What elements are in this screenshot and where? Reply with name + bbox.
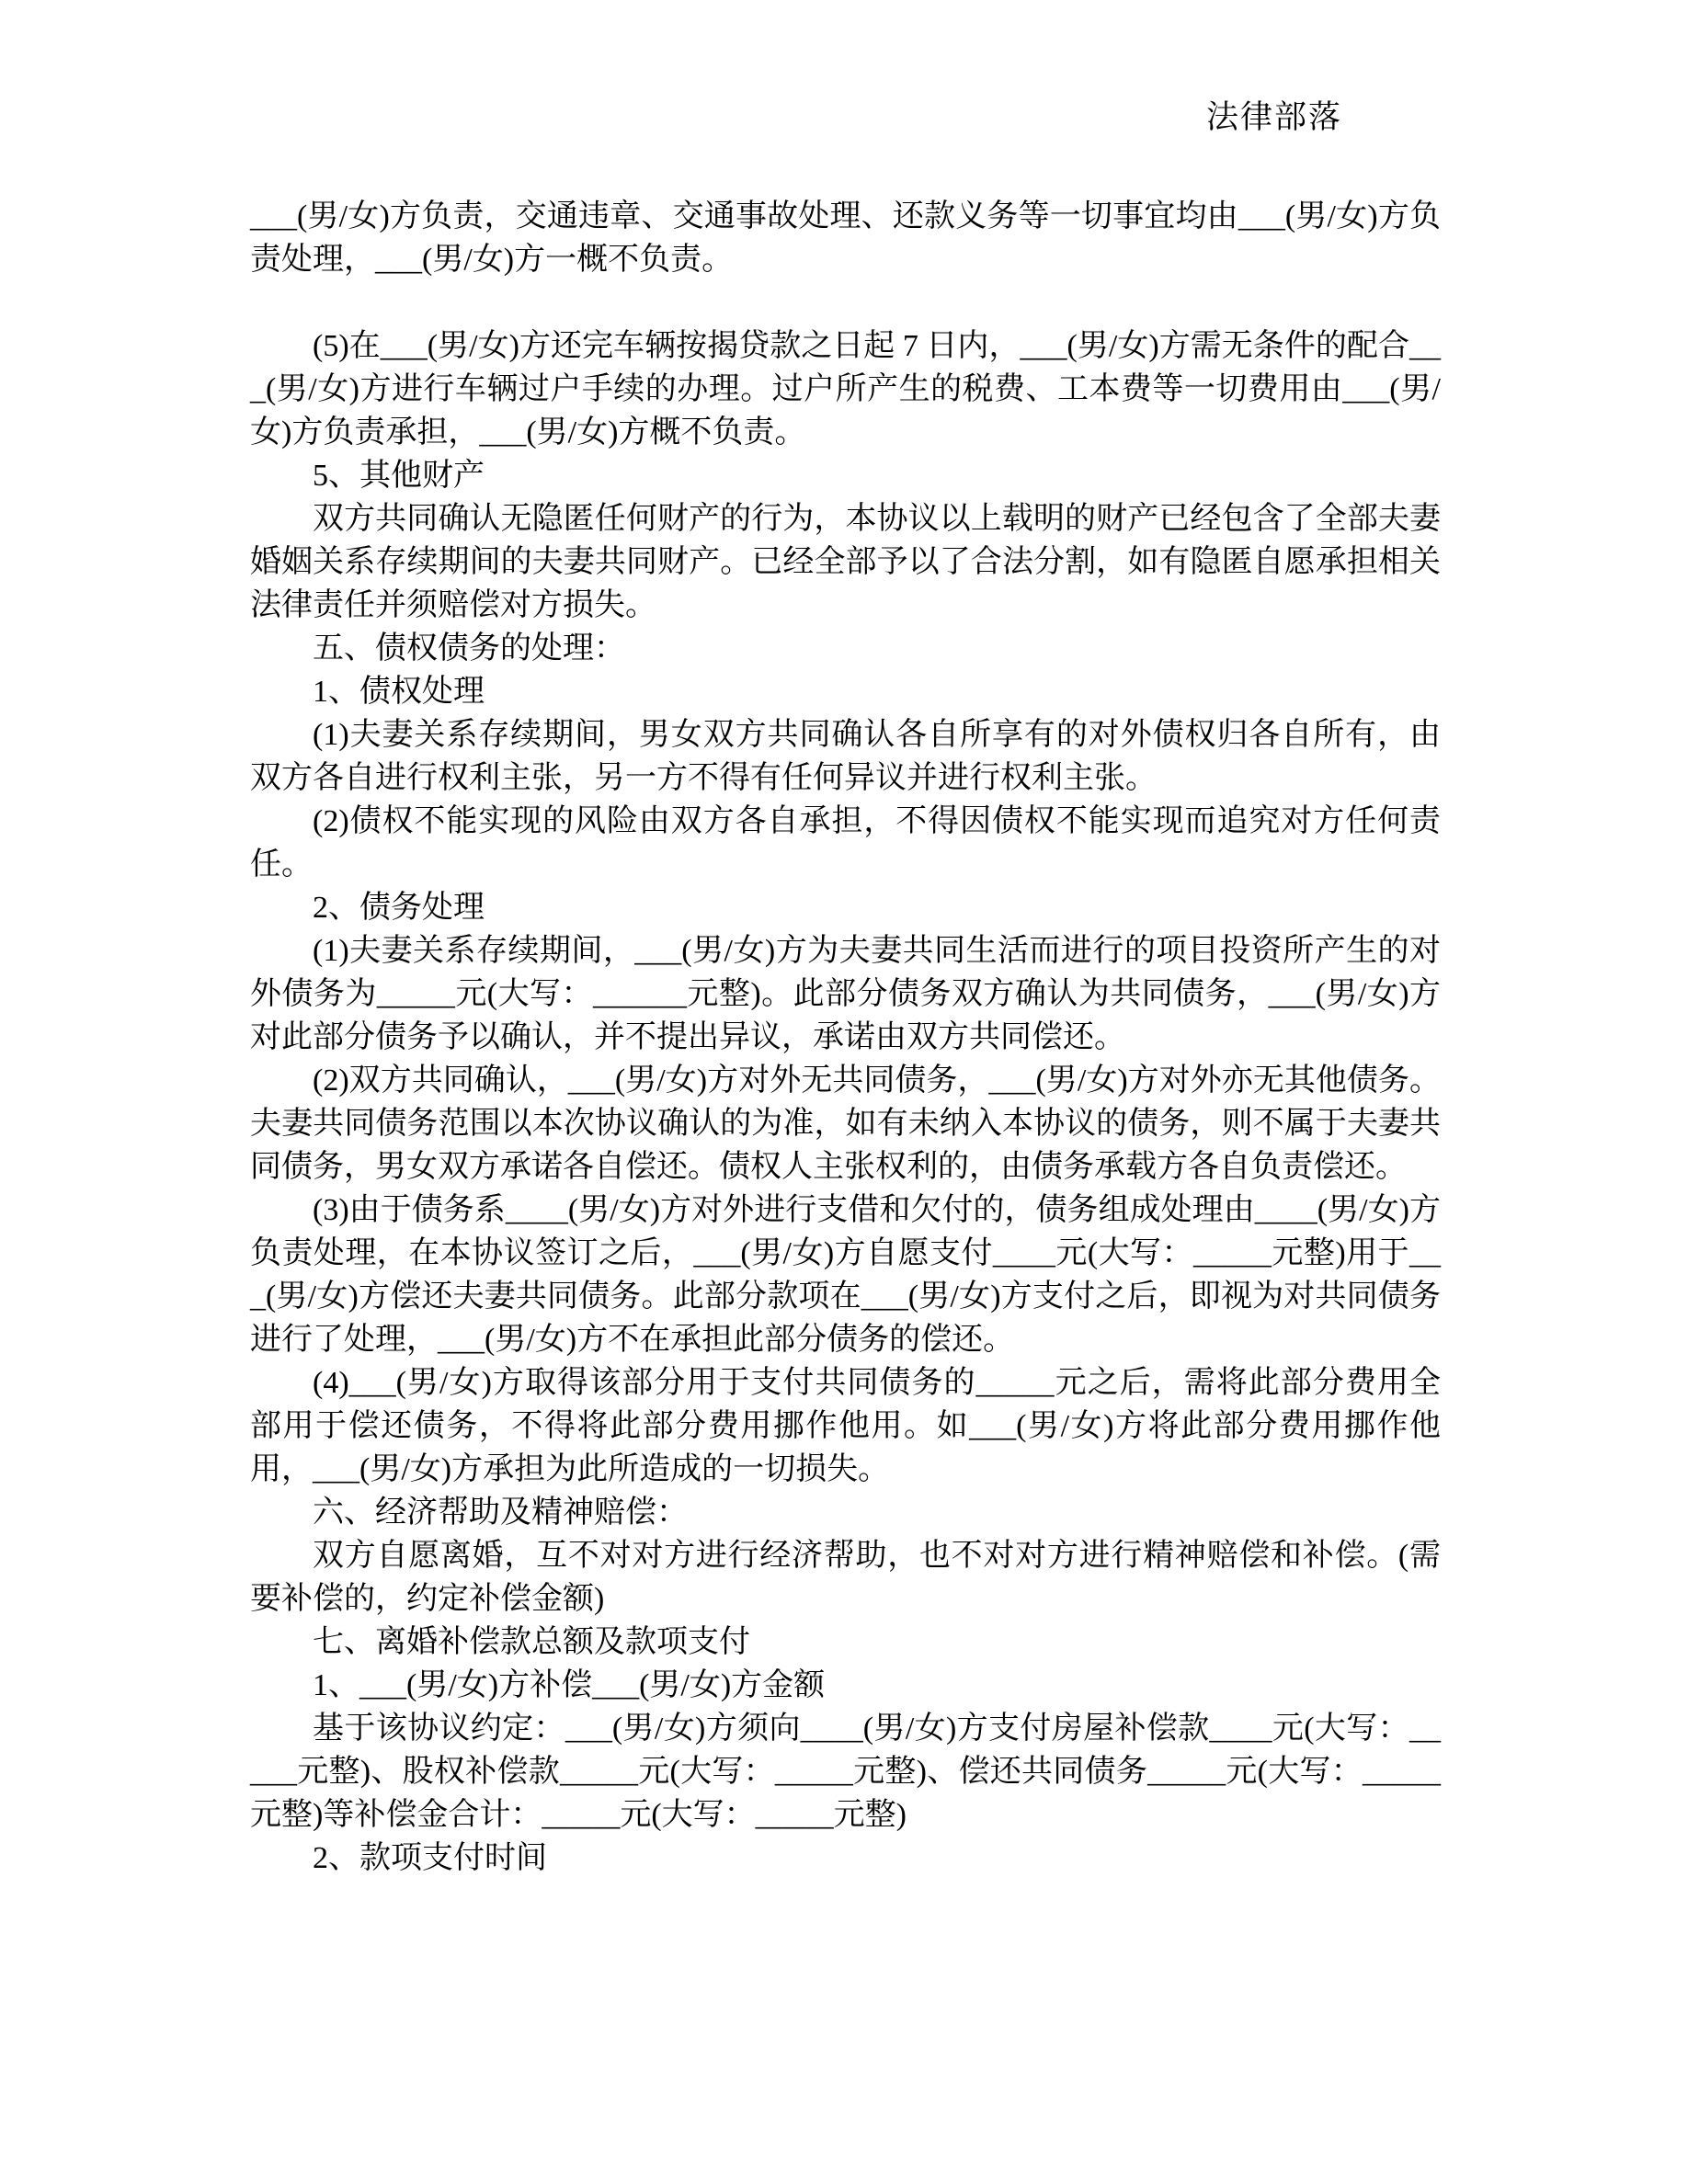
paragraph: (2)双方共同确认，___(男/女)方对外无共同债务，___(男/女)方对外亦无… [250, 1059, 1441, 1189]
document-body: ___(男/女)方负责，交通违章、交通事故处理、还款义务等一切事宜均由___(男… [250, 195, 1441, 1880]
paragraph: (3)由于债务系____(男/女)方对外进行支借和欠付的，债务组成处理由____… [250, 1189, 1441, 1361]
paragraph: (4)___(男/女)方取得该部分用于支付共同债务的_____元之后，需将此部分… [250, 1361, 1441, 1491]
blank-line [250, 281, 1441, 324]
paragraph: (1)夫妻关系存续期间，男女双方共同确认各自所享有的对外债权归各自所有，由双方各… [250, 713, 1441, 800]
paragraph: 2、款项支付时间 [250, 1837, 1441, 1880]
document-page: 法律部落 ___(男/女)方负责，交通违章、交通事故处理、还款义务等一切事宜均由… [0, 0, 1688, 2184]
brand-header: 法律部落 [1206, 92, 1342, 138]
paragraph: 1、___(男/女)方补偿___(男/女)方金额 [250, 1664, 1441, 1707]
paragraph: (1)夫妻关系存续期间，___(男/女)方为夫妻共同生活而进行的项目投资所产生的… [250, 929, 1441, 1059]
paragraph: 双方共同确认无隐匿任何财产的行为，本协议以上载明的财产已经包含了全部夫妻婚姻关系… [250, 497, 1441, 627]
paragraph: 五、债权债务的处理： [250, 627, 1441, 670]
paragraph: 七、离婚补偿款总额及款项支付 [250, 1621, 1441, 1664]
paragraph: ___(男/女)方负责，交通违章、交通事故处理、还款义务等一切事宜均由___(男… [250, 195, 1441, 281]
paragraph: 六、经济帮助及精神赔偿： [250, 1491, 1441, 1534]
paragraph: 基于该协议约定：___(男/女)方须向____(男/女)方支付房屋补偿款____… [250, 1707, 1441, 1837]
paragraph: (5)在___(男/女)方还完车辆按揭贷款之日起 7 日内，___(男/女)方需… [250, 324, 1441, 454]
paragraph: 双方自愿离婚，互不对对方进行经济帮助，也不对对方进行精神赔偿和补偿。(需要补偿的… [250, 1534, 1441, 1621]
paragraph: 1、债权处理 [250, 670, 1441, 713]
paragraph: 5、其他财产 [250, 454, 1441, 497]
paragraph: 2、债务处理 [250, 886, 1441, 929]
paragraph: (2)债权不能实现的风险由双方各自承担，不得因债权不能实现而追究对方任何责任。 [250, 800, 1441, 886]
